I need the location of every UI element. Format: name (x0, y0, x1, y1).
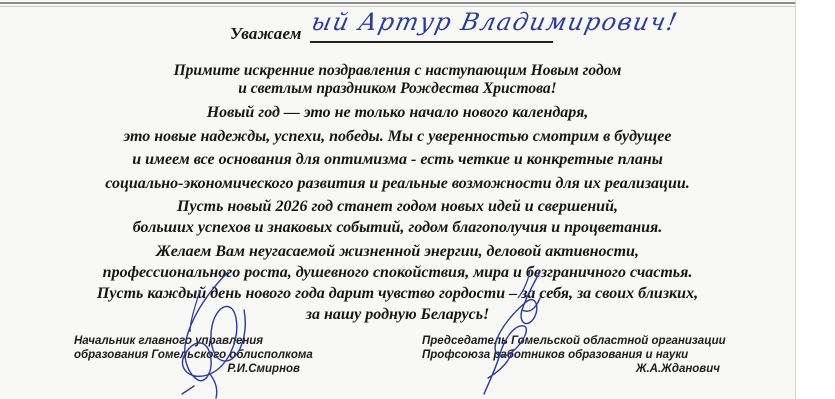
salutation: Уважаем ый Артур Владимирович! (230, 14, 302, 44)
wish-line: за нашу родную Беларусь! (0, 304, 795, 325)
signatory-left: Начальник главного управления образовани… (74, 334, 300, 376)
greeting-wishes: Пусть новый 2026 год станет годом новых … (0, 196, 795, 325)
signatory-title-line: Председатель Гомельской областной органи… (422, 334, 720, 348)
wish-line: Пусть новый 2026 год станет годом новых … (0, 196, 795, 217)
salutation-fill-line (310, 41, 553, 43)
top-border-line (0, 2, 795, 4)
body-line: социально-экономического развития и реал… (0, 172, 795, 196)
signatory-title-line: Начальник главного управления (74, 334, 300, 348)
wish-line: больших успехов и знаковых событий, годо… (0, 217, 795, 238)
greeting-heading: Примите искренние поздравления с наступа… (0, 62, 795, 98)
top-border-line-secondary (0, 6, 795, 7)
salutation-handwritten-name: ый Артур Владимирович! (309, 8, 681, 36)
body-line: это новые надежды, успехи, победы. Мы с … (0, 125, 795, 149)
scanned-letter-page: Уважаем ый Артур Владимирович! Примите и… (0, 0, 796, 399)
body-line: Новый год — это не только начало нового … (0, 101, 795, 125)
greeting-body: Новый год — это не только начало нового … (0, 101, 795, 195)
heading-line: Примите искренние поздравления с наступа… (0, 62, 795, 80)
wish-line: Пусть каждый день нового года дарит чувс… (0, 283, 795, 304)
body-line: и имеем все основания для оптимизма - ес… (0, 148, 795, 172)
salutation-printed: Уважаем (230, 24, 302, 44)
signatory-right: Председатель Гомельской областной органи… (422, 334, 720, 376)
signatory-name: Ж.А.Жданович (422, 362, 720, 376)
signatory-title-line: образования Гомельского облисполкома (74, 348, 300, 362)
signatory-title-line: Профсоюза работников образования и науки (422, 348, 720, 362)
heading-line: и светлым праздником Рождества Христова! (0, 80, 795, 98)
wish-line: Желаем Вам неугасаемой жизненной энергии… (0, 241, 795, 262)
signatory-name: Р.И.Смирнов (74, 362, 300, 376)
wish-line: профессионального роста, душевного споко… (0, 262, 795, 283)
